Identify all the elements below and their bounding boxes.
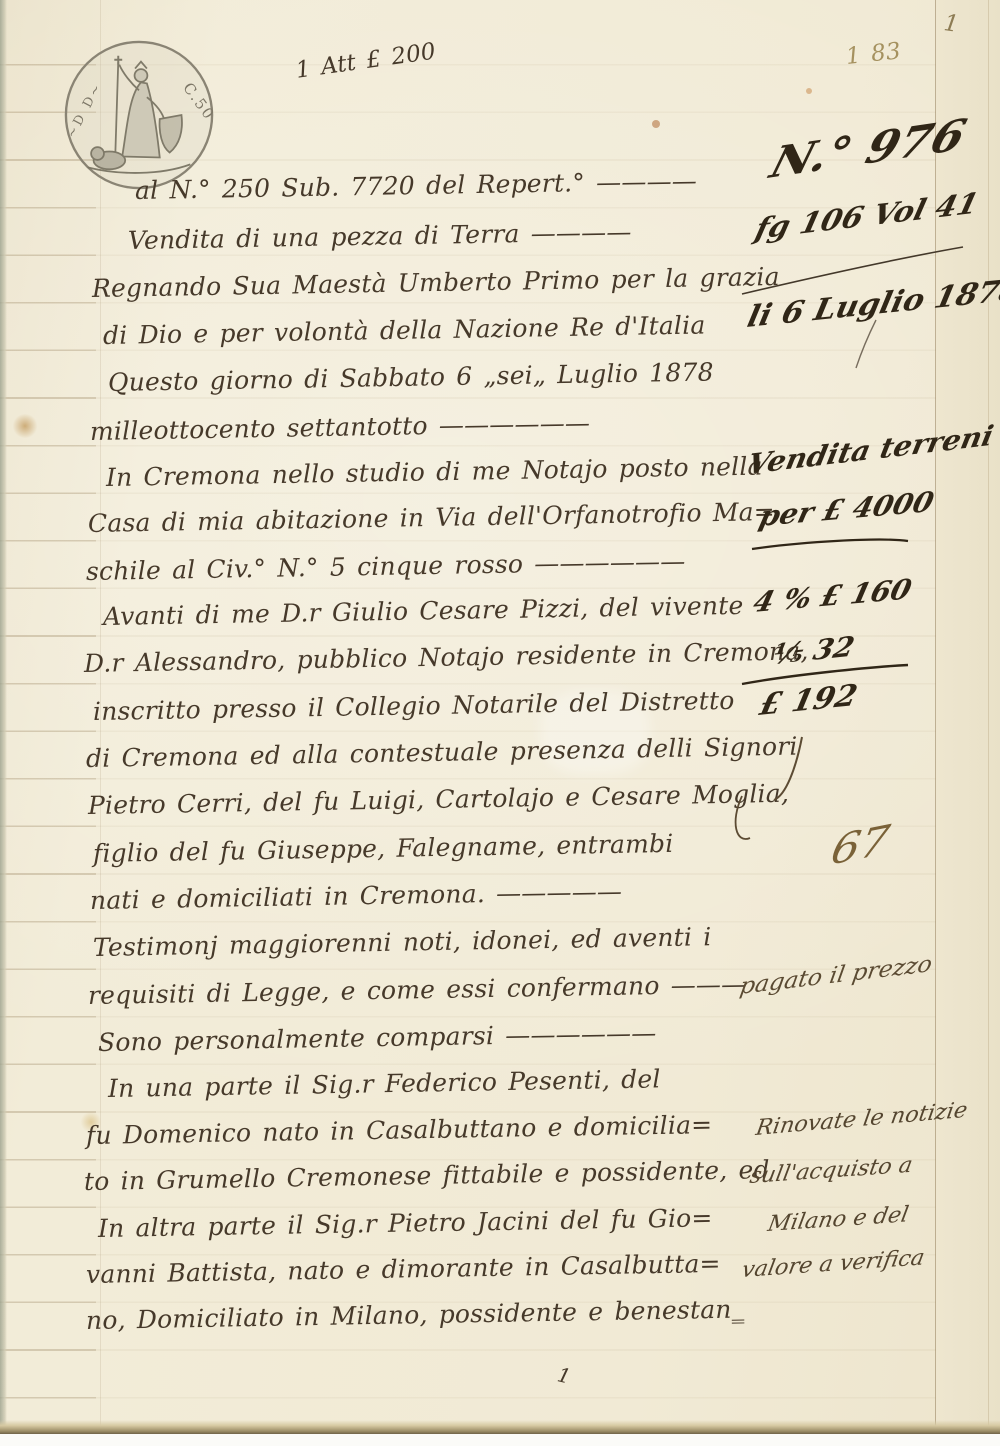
scanned-document: C.50 ~D D~ 1 Att £ 200 1 83 1 al N.° 250… — [0, 0, 1000, 1446]
stain — [12, 414, 38, 438]
page-edge-line-2 — [988, 0, 989, 1434]
paper-page: C.50 ~D D~ 1 Att £ 200 1 83 1 al N.° 250… — [0, 0, 1000, 1434]
speck — [806, 88, 812, 94]
speck — [652, 120, 660, 128]
page-bottom-edge — [0, 1420, 1000, 1434]
binding-edge — [0, 0, 7, 1434]
ruled-lines-left-ticks — [0, 18, 96, 1418]
